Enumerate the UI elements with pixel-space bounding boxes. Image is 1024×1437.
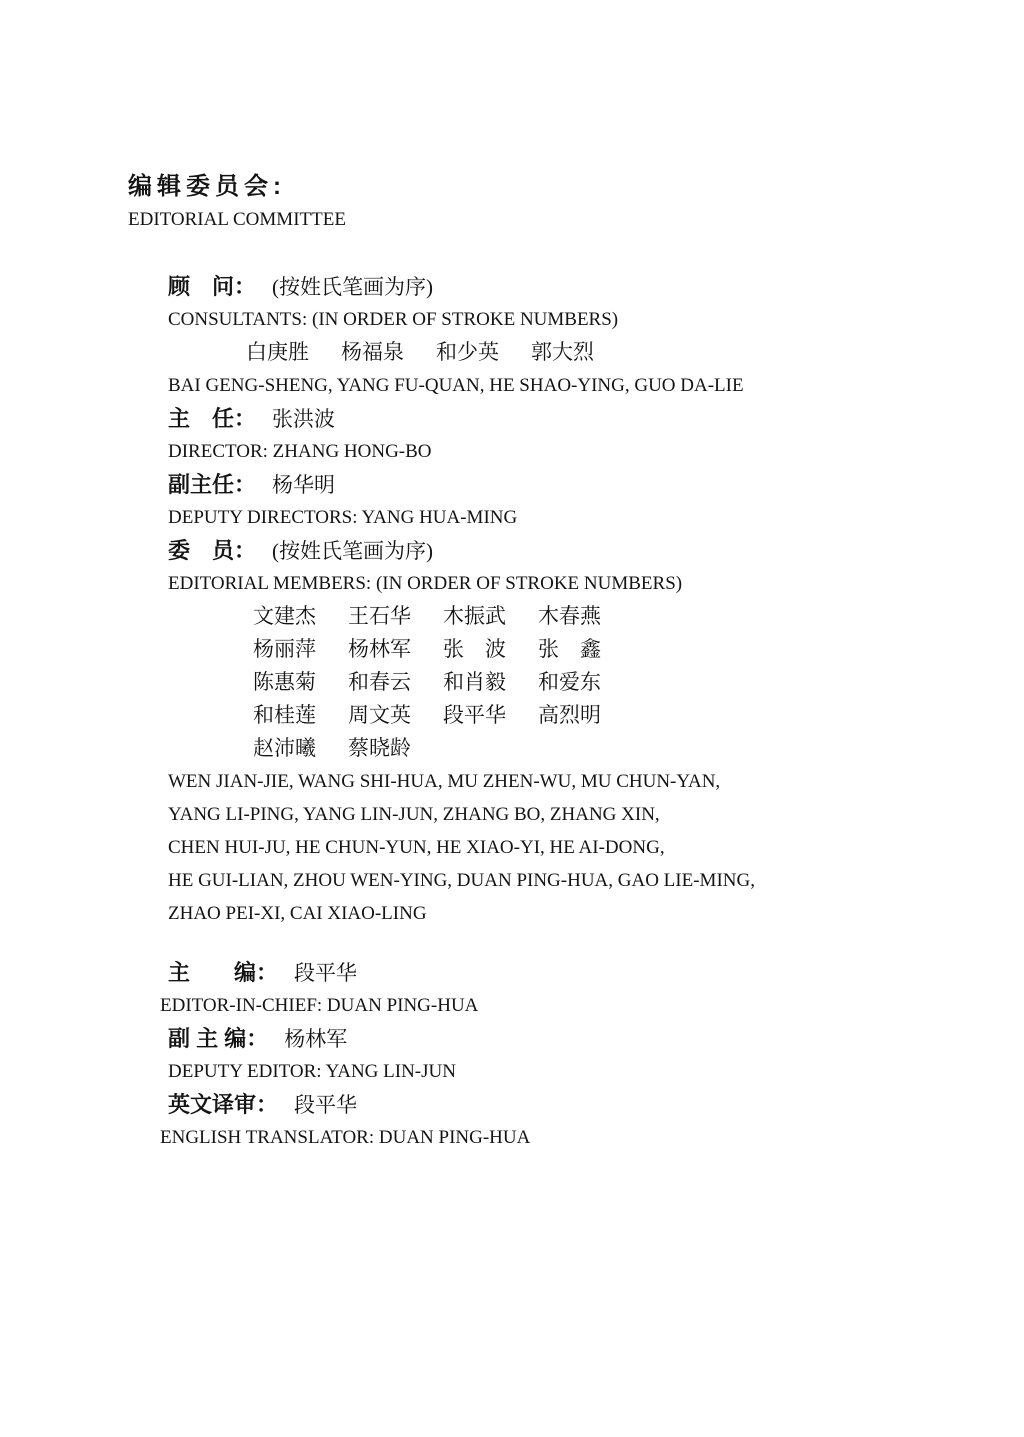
members-en-line: YANG LI-PING, YANG LIN-JUN, ZHANG BO, ZH… [168, 804, 660, 825]
editorial-committee-page: 编辑委员会: EDITORIAL COMMITTEE 顾 问：(按姓氏笔画为序)… [0, 0, 1024, 1437]
members-label-zh: 委 员： [168, 538, 256, 563]
spacer [128, 236, 984, 270]
english-translator-label-zh: 英文译审： [168, 1092, 278, 1117]
members-en-row: YANG LI-PING, YANG LIN-JUN, ZHANG BO, ZH… [128, 798, 984, 831]
members-en-row: CHEN HUI-JU, HE CHUN-YUN, HE XIAO-YI, HE… [128, 831, 984, 864]
deputy-editor-label-zh: 副 主 编： [168, 1026, 268, 1051]
member-name: 和肖毅 [443, 666, 509, 699]
members-zh-row: 赵沛曦蔡晓龄 [128, 732, 984, 765]
deputy-director-row: 副主任：杨华明 [128, 468, 984, 501]
director-row-en: DIRECTOR: ZHANG HONG-BO [128, 435, 984, 468]
consultants-names-zh-row: 白庚胜杨福泉和少英郭大烈 [128, 336, 984, 369]
page-title-zh: 编辑委员会: [128, 170, 984, 203]
editor-in-chief-row-en: EDITOR-IN-CHIEF: DUAN PING-HUA [128, 989, 984, 1022]
member-name: 张 波 [443, 633, 509, 666]
english-translator-row-en: ENGLISH TRANSLATOR: DUAN PING-HUA [128, 1121, 984, 1154]
member-name: 王石华 [348, 600, 414, 633]
editor-in-chief-name-zh: 段平华 [294, 961, 357, 985]
members-note-zh: (按姓氏笔画为序) [272, 539, 433, 563]
members-en-line: HE GUI-LIAN, ZHOU WEN-YING, DUAN PING-HU… [168, 870, 755, 891]
member-name: 周文英 [348, 699, 414, 732]
member-name: 和爱东 [538, 666, 604, 699]
consultant-name: 和少英 [436, 336, 502, 369]
consultants-label-en: CONSULTANTS: (IN ORDER OF STROKE NUMBERS… [168, 309, 618, 330]
member-name: 文建杰 [253, 600, 319, 633]
deputy-director-line-en: DEPUTY DIRECTORS: YANG HUA-MING [168, 507, 517, 528]
members-en-row: WEN JIAN-JIE, WANG SHI-HUA, MU ZHEN-WU, … [128, 765, 984, 798]
members-label-en: EDITORIAL MEMBERS: (IN ORDER OF STROKE N… [168, 573, 682, 594]
member-name: 木振武 [443, 600, 509, 633]
consultants-names-en: BAI GENG-SHENG, YANG FU-QUAN, HE SHAO-YI… [168, 375, 744, 396]
members-zh-row: 和桂莲周文英段平华高烈明 [128, 699, 984, 732]
member-name: 高烈明 [538, 699, 604, 732]
deputy-editor-row-en: DEPUTY EDITOR: YANG LIN-JUN [128, 1055, 984, 1088]
members-en-row: ZHAO PEI-XI, CAI XIAO-LING [128, 897, 984, 930]
consultants-label-zh: 顾 问： [168, 274, 256, 299]
english-translator-line-en: ENGLISH TRANSLATOR: DUAN PING-HUA [160, 1127, 530, 1148]
consultant-name: 郭大烈 [531, 336, 597, 369]
member-name: 木春燕 [538, 600, 604, 633]
deputy-editor-row: 副 主 编：杨林军 [128, 1022, 984, 1055]
member-name: 张 鑫 [538, 633, 604, 666]
members-label-en-row: EDITORIAL MEMBERS: (IN ORDER OF STROKE N… [128, 567, 984, 600]
member-name: 段平华 [443, 699, 509, 732]
members-label-row: 委 员：(按姓氏笔画为序) [128, 534, 984, 567]
consultants-note-zh: (按姓氏笔画为序) [272, 275, 433, 299]
member-name: 杨丽萍 [253, 633, 319, 666]
consultant-name: 白庚胜 [246, 336, 312, 369]
member-name: 杨林军 [348, 633, 414, 666]
member-name: 和春云 [348, 666, 414, 699]
director-name-zh: 张洪波 [272, 407, 335, 431]
director-line-en: DIRECTOR: ZHANG HONG-BO [168, 441, 432, 462]
editor-in-chief-line-en: EDITOR-IN-CHIEF: DUAN PING-HUA [160, 995, 478, 1016]
members-en-line: ZHAO PEI-XI, CAI XIAO-LING [168, 903, 427, 924]
page-title-en: EDITORIAL COMMITTEE [128, 203, 984, 236]
editor-in-chief-row: 主 编：段平华 [128, 956, 984, 989]
consultants-names-en-row: BAI GENG-SHENG, YANG FU-QUAN, HE SHAO-YI… [128, 369, 984, 402]
english-translator-name-zh: 段平华 [294, 1093, 357, 1117]
deputy-editor-name-zh: 杨林军 [284, 1027, 347, 1051]
member-name: 陈惠菊 [253, 666, 319, 699]
members-zh-row: 杨丽萍杨林军张 波张 鑫 [128, 633, 984, 666]
consultant-name: 杨福泉 [341, 336, 407, 369]
spacer [128, 930, 984, 956]
members-zh-row: 文建杰王石华木振武木春燕 [128, 600, 984, 633]
members-zh-row: 陈惠菊和春云和肖毅和爱东 [128, 666, 984, 699]
director-label-zh: 主 任： [168, 406, 256, 431]
members-en-line: WEN JIAN-JIE, WANG SHI-HUA, MU ZHEN-WU, … [168, 771, 720, 792]
member-name: 和桂莲 [253, 699, 319, 732]
director-row: 主 任：张洪波 [128, 402, 984, 435]
members-en-row: HE GUI-LIAN, ZHOU WEN-YING, DUAN PING-HU… [128, 864, 984, 897]
consultants-label-row: 顾 问：(按姓氏笔画为序) [128, 270, 984, 303]
member-name: 赵沛曦 [253, 732, 319, 765]
english-translator-row: 英文译审：段平华 [128, 1088, 984, 1121]
member-name: 蔡晓龄 [348, 732, 414, 765]
consultants-label-en-row: CONSULTANTS: (IN ORDER OF STROKE NUMBERS… [128, 303, 984, 336]
deputy-editor-line-en: DEPUTY EDITOR: YANG LIN-JUN [168, 1061, 456, 1082]
deputy-director-label-zh: 副主任： [168, 472, 256, 497]
deputy-director-name-zh: 杨华明 [272, 473, 335, 497]
deputy-director-row-en: DEPUTY DIRECTORS: YANG HUA-MING [128, 501, 984, 534]
editor-in-chief-label-zh: 主 编： [168, 960, 278, 985]
members-en-line: CHEN HUI-JU, HE CHUN-YUN, HE XIAO-YI, HE… [168, 837, 665, 858]
